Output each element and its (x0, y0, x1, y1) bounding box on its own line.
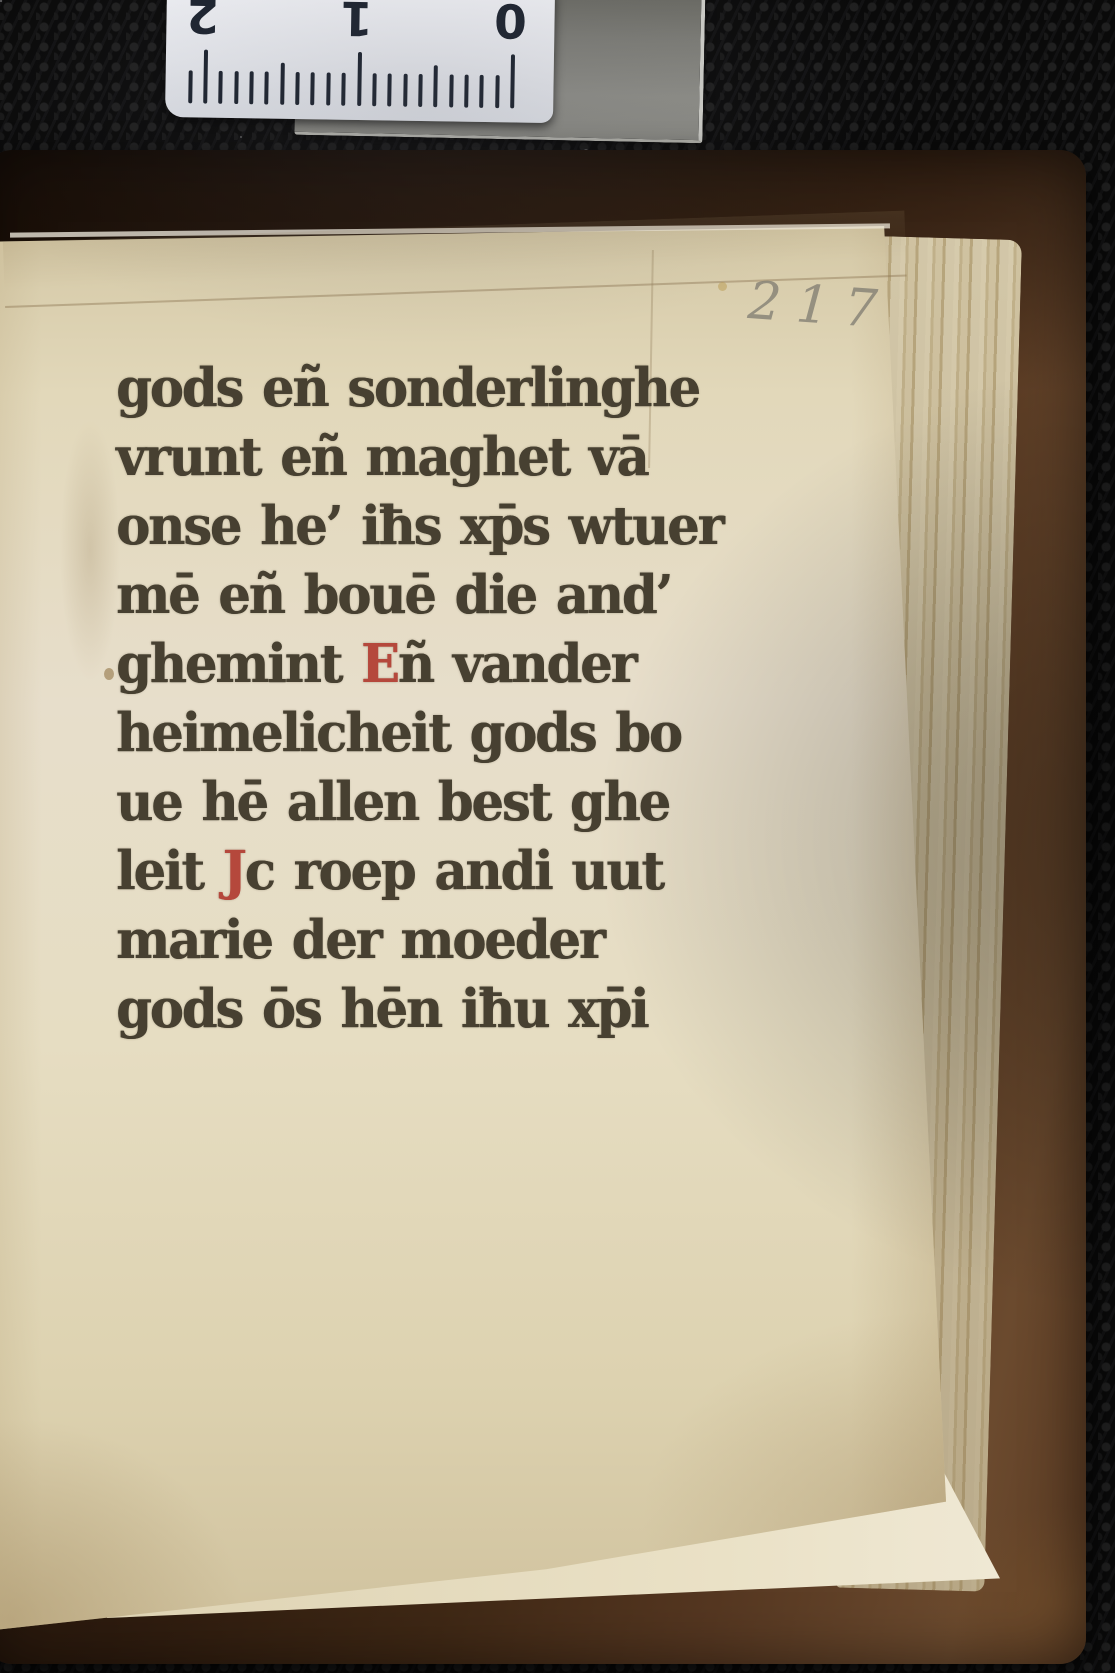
ruler-tick (479, 75, 484, 108)
ruler-tick (403, 74, 408, 107)
page-stain (104, 668, 114, 680)
folio-number: 217 (746, 271, 894, 341)
manuscript-line: leit Jc roep andi uut (116, 835, 706, 907)
ruler-tick (265, 72, 270, 105)
ruler-tick (295, 72, 300, 105)
page-stain (718, 282, 727, 291)
text-segment: c roep andi uut (245, 839, 663, 902)
page-stain (60, 420, 120, 680)
text-segment: gods ōs hēn iħu xp̄i (116, 977, 647, 1040)
ruler-tick (495, 75, 500, 108)
rubricated-letter: J (223, 839, 245, 902)
ruler-tick (280, 63, 285, 105)
cm-ruler: 2 1 0 (165, 0, 555, 123)
text-segment: heimelicheit gods bo (116, 701, 681, 764)
text-segment: vrunt eñ maghet vā (116, 425, 647, 488)
rubricated-letter: E (361, 632, 398, 695)
ruler-tick (449, 74, 454, 107)
ruler-tick (341, 73, 346, 106)
photo-stage: 2 1 0 217 gods eñ sonderlinghevrunt eñ m… (0, 0, 1115, 1673)
text-segment: onse he’ iħs xp̄s wtuer (116, 494, 722, 557)
manuscript-line: mē eñ bouē die and’ (116, 559, 706, 631)
ruler-number: 0 (488, 0, 533, 48)
ruler-tick (510, 54, 515, 108)
ruler-tick (188, 70, 193, 103)
ruler-tick (372, 73, 377, 106)
manuscript-line: onse he’ iħs xp̄s wtuer (116, 490, 706, 562)
ruler-tick (464, 75, 469, 108)
ruler-tick (326, 72, 331, 105)
text-block: gods eñ sonderlinghevrunt eñ maghet vāon… (116, 354, 706, 1044)
ruler-tick (219, 71, 224, 104)
text-segment: ghemint (116, 632, 361, 695)
text-segment: marie der moeder (116, 908, 604, 971)
manuscript-line: heimelicheit gods bo (116, 697, 706, 769)
ruler-number: 2 (180, 0, 225, 43)
text-segment: ñ vander (398, 632, 636, 695)
ruler-tick (234, 71, 239, 104)
manuscript-line: marie der moeder (116, 904, 706, 976)
manuscript-line: vrunt eñ maghet vā (116, 421, 706, 493)
manuscript-line: gods ōs hēn iħu xp̄i (116, 973, 706, 1045)
ruler-tick (418, 74, 423, 107)
manuscript-line: ue hē allen best ghe (116, 766, 706, 838)
ruler-tick (311, 72, 316, 105)
ruler-tick (357, 52, 362, 106)
ruler-number: 1 (334, 0, 379, 45)
text-segment: ue hē allen best ghe (116, 770, 669, 833)
ruler-tick (249, 71, 254, 104)
manuscript-line: gods eñ sonderlinghe (116, 352, 706, 424)
ruler-tick (203, 50, 208, 104)
manuscript-line: ghemint Eñ vander (116, 628, 706, 700)
text-segment: leit (116, 839, 223, 902)
dust-specks (0, 0, 2, 2)
text-segment: gods eñ sonderlinghe (116, 356, 699, 419)
ruler-tick (387, 73, 392, 106)
text-segment: mē eñ bouē die and’ (116, 563, 671, 626)
ruler-tick (433, 65, 438, 107)
